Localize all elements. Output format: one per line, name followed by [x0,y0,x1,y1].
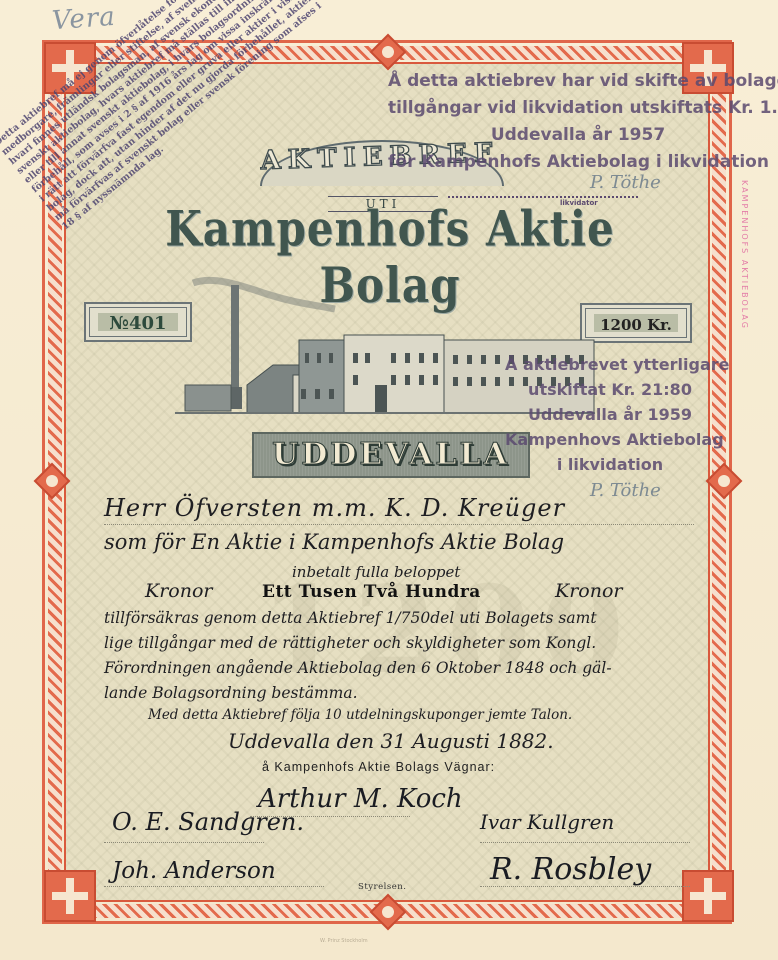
certificate-number: №401 [98,313,178,331]
on-behalf-label: å Kampenhofs Aktie Bolags Vägnar: [262,760,495,774]
signature-line [480,842,690,843]
paragraph-line: lige tillgångar med de rättigheter och s… [104,631,694,656]
liquidation-stamp-1957: Å detta aktiebrev har vid skifte av bola… [388,68,768,176]
kronor-right: Kronor [555,580,622,602]
paragraph-line: Förordningen angående Aktiebolag den 6 O… [104,656,694,681]
kronor-left: Kronor [145,580,212,602]
holder-dotted-line [104,524,694,525]
board-label: Styrelsen. [358,882,406,892]
city-name: UDDEVALLA [254,434,528,476]
signature-kullgren: Ivar Kullgren [480,810,614,834]
stamp-line: för Kampenhofs Aktiebolag i likvidation [388,149,768,176]
nominal-value-plate: 1200 Kr. [580,303,692,343]
terms-paragraph: tillförsäkras genom detta Aktiebref 1/75… [104,606,694,706]
corner-ornament-bottom-right [682,870,734,922]
stamp-line: tillgångar vid likvidation utskiftats Kr… [388,95,768,122]
stamp-line: Å aktiebrevet ytterligare [505,352,715,377]
pink-side-stamp: KAMPENHOFS AKTIEBOLAG [740,180,749,330]
liquidator-signature-line [448,196,638,198]
nominal-value: 1200 Kr. [594,314,678,332]
corner-ornament-bottom-left [44,870,96,922]
coupons-line: Med detta Aktiebref följa 10 utdelningsk… [148,707,572,723]
signature-line [104,842,264,843]
stamp-line: Kampenhovs Aktiebolag [505,427,715,452]
stamp-line: Uddevalla år 1957 [388,122,768,149]
liquidator-signature-2: P. Töthe [590,480,661,501]
pencil-note: Vera [51,2,117,36]
printer-imprint: W. Prinz Stockholm [320,938,368,944]
signature-sandgren: O. E. Sandgren. [112,808,304,836]
signature-line [480,886,690,887]
share-for-line: som för En Aktie i Kampenhofs Aktie Bola… [104,530,564,554]
city-banner: UDDEVALLA [252,432,530,478]
issue-date-line: Uddevalla den 31 Augusti 1882. [228,729,554,753]
amount-in-words: Ett Tusen Två Hundra [262,582,481,602]
liquidation-stamp-1959: Å aktiebrevet ytterligare utskiftat Kr. … [505,352,715,477]
stamp-line: Å detta aktiebrev har vid skifte av bola… [388,68,768,95]
signature-rosbley: R. Rosbley [490,852,651,887]
holder-line: Herr Öfversten m.m. K. D. Kreüger [104,494,565,522]
liquidator-label: likvidator [560,199,598,207]
paragraph-line: tillförsäkras genom detta Aktiebref 1/75… [104,606,694,631]
paragraph-line: lande Bolagsordning bestämma. [104,681,694,706]
paid-in-full-line: inbetalt fulla beloppet [292,563,460,581]
signature-line [104,886,324,887]
signature-anderson: Joh. Anderson [112,858,276,884]
stamp-line: i likvidation [505,452,715,477]
stamp-line: utskiftat Kr. 21:80 [505,377,715,402]
stamp-line: Uddevalla år 1959 [505,402,715,427]
